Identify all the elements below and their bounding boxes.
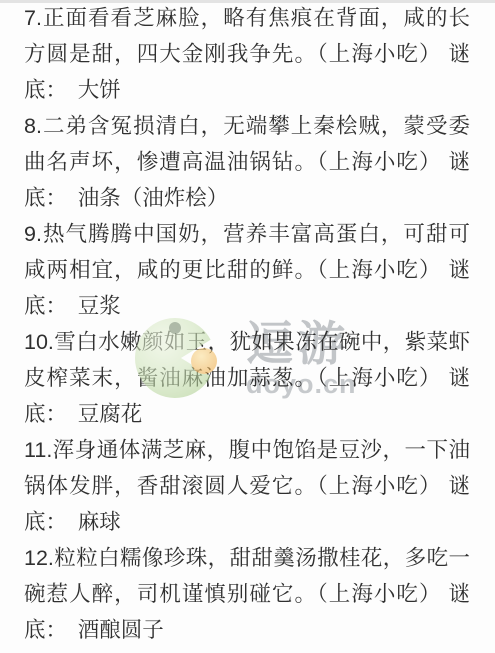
riddle-line: 9.热气腾腾中国奶，营养丰富高蛋白，可甜可 [24,216,470,252]
riddle-line: 11.浑身通体满芝麻，腹中饱馅是豆沙，一下油 [24,432,470,468]
riddle-line: 碗惹人醉，司机谨慎别碰它。（上海小吃） 谜 [24,576,470,612]
riddle-line: 锅体发胖，香甜滚圆人爱它。（上海小吃） 谜 [24,468,470,504]
riddle-item-8: 8.二弟含冤损清白，无端攀上秦桧贼，蒙受委 曲名声坏，惨遭高温油锅钻。（上海小吃… [24,108,470,216]
riddle-item-12: 12.粒粒白糯像珍珠，甜甜羹汤撒桂花，多吃一 碗惹人醉，司机谨慎别碰它。（上海小… [24,540,470,648]
riddle-item-9: 9.热气腾腾中国奶，营养丰富高蛋白，可甜可 咸两相宜，咸的更比甜的鲜。（上海小吃… [24,216,470,324]
riddle-line: 咸两相宜，咸的更比甜的鲜。（上海小吃） 谜 [24,252,470,288]
riddle-line: 7.正面看看芝麻脸，略有焦痕在背面，咸的长 [24,0,470,36]
riddle-answer-line: 底： 豆腐花 [24,396,470,432]
riddle-document-page: 逗游 doyo.cn 7.正面看看芝麻脸，略有焦痕在背面，咸的长 方圆是甜，四大… [0,0,495,653]
riddle-answer-line: 底： 豆浆 [24,288,470,324]
riddle-item-11: 11.浑身通体满芝麻，腹中饱馅是豆沙，一下油 锅体发胖，香甜滚圆人爱它。（上海小… [24,432,470,540]
riddle-item-10: 10.雪白水嫩颜如玉，犹如果冻在碗中，紫菜虾 皮榨菜末，酱油麻油加蒜葱。（上海小… [24,324,470,432]
riddle-line: 方圆是甜，四大金刚我争先。（上海小吃） 谜 [24,36,470,72]
riddle-list: 7.正面看看芝麻脸，略有焦痕在背面，咸的长 方圆是甜，四大金刚我争先。（上海小吃… [0,0,495,648]
riddle-line: 12.粒粒白糯像珍珠，甜甜羹汤撒桂花，多吃一 [24,540,470,576]
riddle-line: 8.二弟含冤损清白，无端攀上秦桧贼，蒙受委 [24,108,470,144]
riddle-item-7: 7.正面看看芝麻脸，略有焦痕在背面，咸的长 方圆是甜，四大金刚我争先。（上海小吃… [24,0,470,108]
riddle-line: 皮榨菜末，酱油麻油加蒜葱。（上海小吃） 谜 [24,360,470,396]
riddle-answer-line: 底： 酒酿圆子 [24,612,470,648]
riddle-answer-line: 底： 麻球 [24,504,470,540]
riddle-line: 曲名声坏，惨遭高温油锅钻。（上海小吃） 谜 [24,144,470,180]
riddle-line: 10.雪白水嫩颜如玉，犹如果冻在碗中，紫菜虾 [24,324,470,360]
page-top-divider [0,0,495,3]
riddle-answer-line: 底： 大饼 [24,72,470,108]
riddle-answer-line: 底： 油条（油炸桧） [24,180,470,216]
